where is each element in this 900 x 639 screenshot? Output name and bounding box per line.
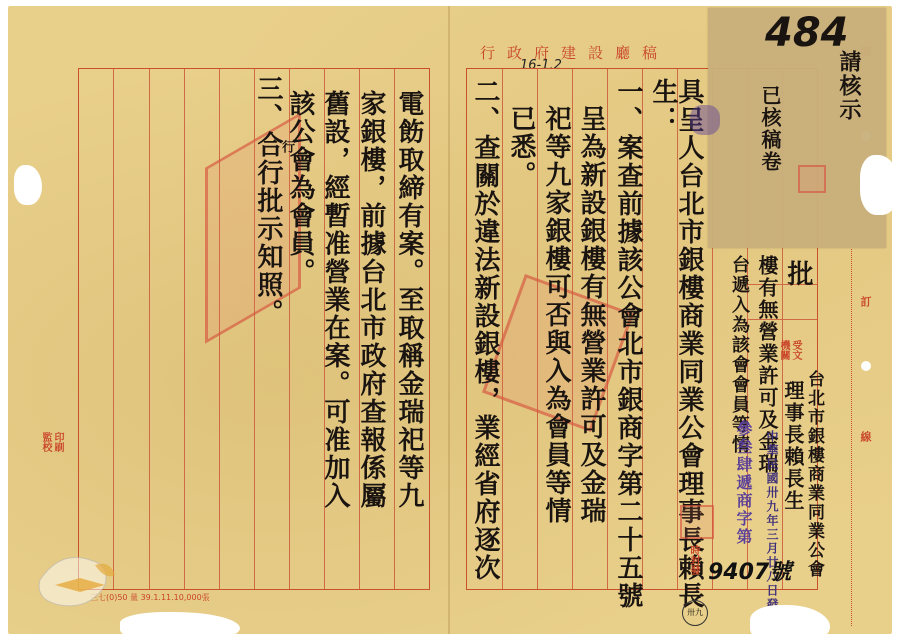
page-fold: [448, 6, 450, 634]
label-jianjiao: 監校: [40, 432, 50, 452]
right-text-col-6: 二、查關於違法新設銀樓，業經省府逐次: [472, 78, 498, 582]
recipient-label-2: 機關: [778, 340, 788, 360]
paper-damage: [14, 165, 42, 205]
left-text-col-4: 該公會為會員。: [287, 90, 313, 286]
paper-damage: [860, 155, 900, 215]
dispatch-date-stamp: 中華民國卅九年三月廿八日發出: [766, 430, 778, 626]
recipient-name: 台北市銀樓商業同業公會: [805, 370, 822, 579]
purple-ink-stamp: [690, 105, 720, 135]
recipient-label: 受文: [790, 340, 800, 360]
left-text-col-3: 舊設，經暫准營業在案。可准加入: [322, 90, 348, 510]
round-stamp: 卅九: [682, 600, 708, 626]
left-text-col-5: 三、合行批示知照。: [255, 75, 281, 327]
reference-handwritten-number: 9407號: [708, 555, 791, 586]
reference-number-stamp: 參叁肆遞商字第: [735, 420, 751, 546]
label-yinshua: 印刷: [52, 432, 62, 452]
archive-logo-icon: [30, 540, 130, 620]
right-text-col-5: 已悉。: [508, 105, 534, 189]
approve-label: 批: [785, 260, 811, 288]
time-seal-label: 時封發: [688, 545, 698, 575]
small-seal: [680, 505, 714, 539]
punch-hole: [861, 361, 871, 371]
right-text-col-2: 一、案查前據該公會北市銀商字第二十五號: [615, 78, 641, 610]
form-header: 行政府建設廳稿: [480, 42, 669, 63]
right-text-col-4: 祀等九家銀樓可否與入為會員等情: [543, 105, 569, 525]
recipient-title: 理事長賴長生: [783, 380, 803, 512]
left-text-col-2: 家銀樓，前據台北市政府查報係屬: [358, 90, 384, 510]
slip-note: 已核稿卷: [760, 85, 780, 173]
slip-annotation: 請核示: [838, 50, 860, 122]
right-text-col-3: 呈為新設銀樓有無營業許可及金瑞: [578, 105, 604, 525]
binding-label-xian: 線: [860, 431, 871, 444]
interlinear-mark: 行: [280, 140, 293, 155]
left-text-col-1: 電飭取締有案。至取稱金瑞祀等九: [396, 90, 422, 510]
slip-seal: [798, 165, 826, 193]
binding-label-ding: 訂: [860, 296, 871, 309]
